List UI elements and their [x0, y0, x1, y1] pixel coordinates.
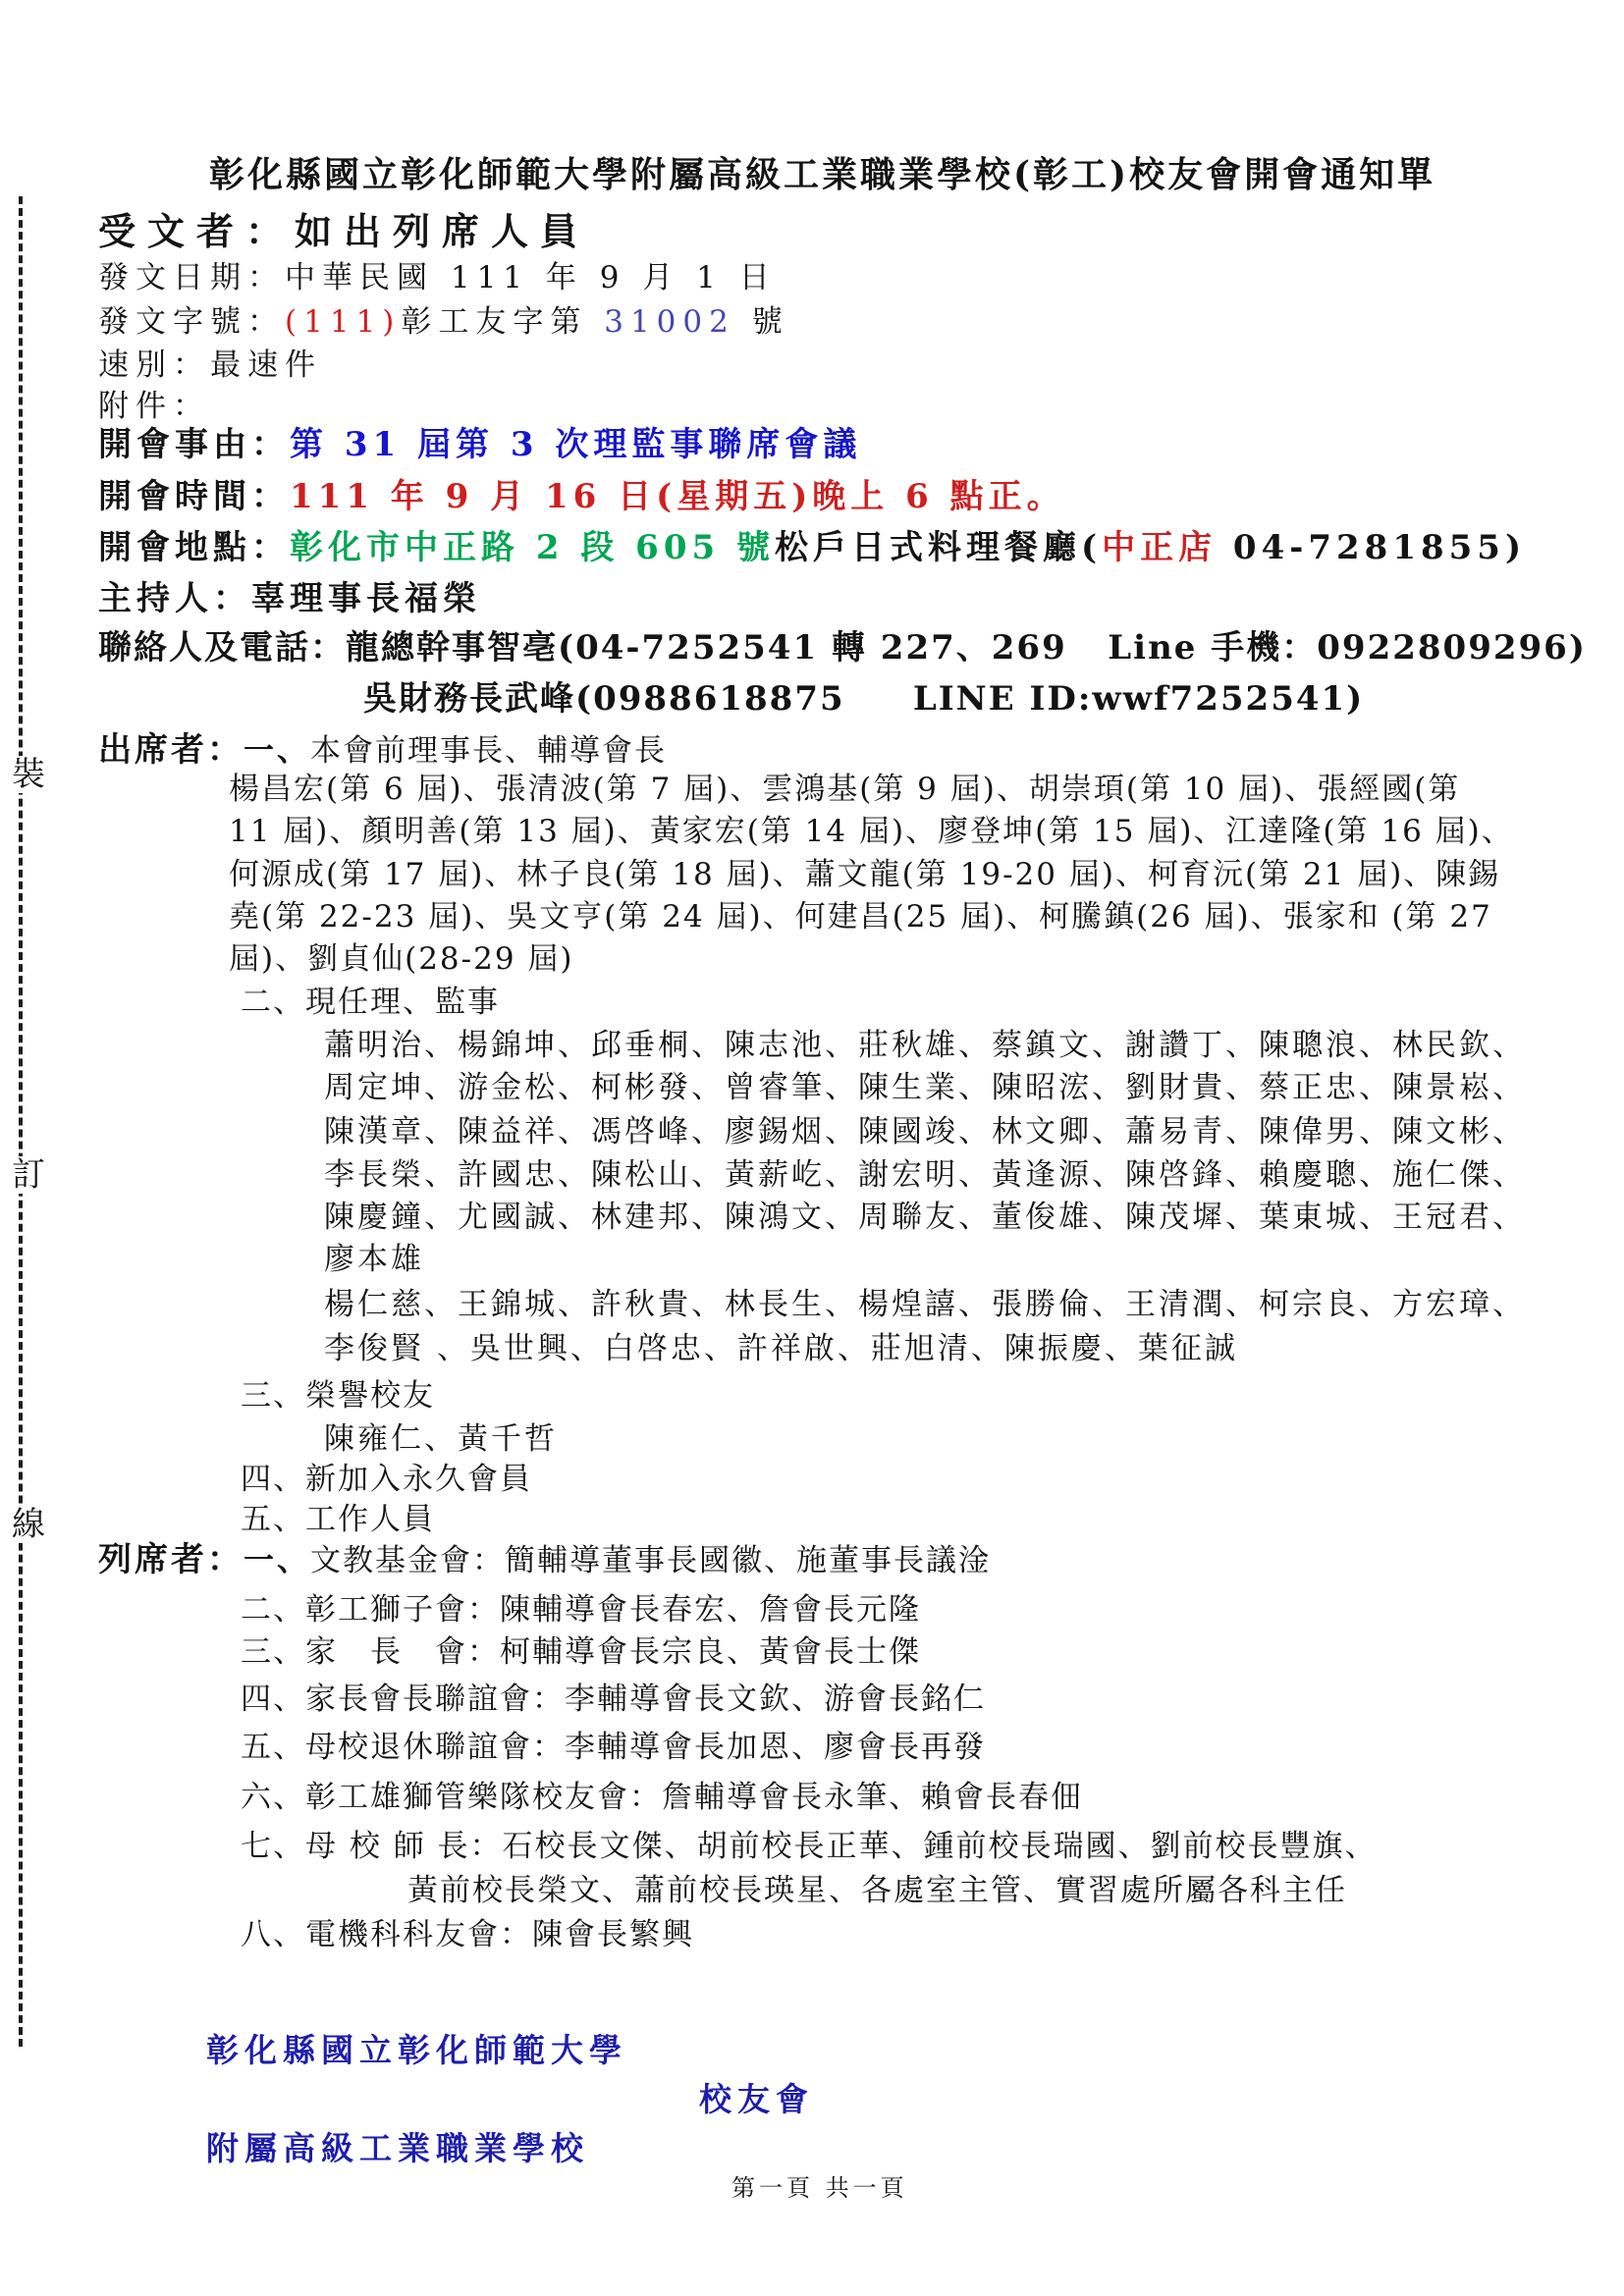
attendee-names-line: 屆)、劉貞仙(28-29 屆)	[229, 942, 574, 978]
recipient-value: 如出列席人員	[295, 209, 589, 253]
issue-date-line: 發文日期：中華民國 111 年 9 月 1 日	[98, 261, 777, 296]
meeting-place-branch: 中正店	[1102, 528, 1217, 567]
recipient-label: 受文者：	[98, 209, 295, 253]
attachment-line: 附件：	[98, 390, 210, 425]
page-number: 第一頁 共一頁	[731, 2175, 908, 2203]
speed-value: 最速件	[210, 347, 322, 383]
attachment-label: 附件：	[98, 389, 210, 424]
meeting-time-label: 開會時間：	[98, 477, 290, 516]
observers-item7-continuation: 黃前校長榮文、蕭前校長瑛星、各處室主管、實習處所屬各科主任	[407, 1874, 1347, 1909]
meeting-time-line: 開會時間：111 年 9 月 16 日(星期五)晚上 6 點正。	[98, 478, 1065, 516]
issue-number-suffix: 號	[735, 304, 789, 340]
observers-item: 四、家長會長聯誼會：李輔導會長文欽、游會長銘仁	[241, 1682, 986, 1718]
attendees-item5-title: 五、工作人員	[241, 1503, 435, 1538]
attendee-names-line: 何源成(第 17 屆)、林子良(第 18 屆)、蕭文龍(第 19-20 屆)、柯…	[229, 858, 1500, 893]
observers-label: 列席者：	[98, 1540, 244, 1579]
attendee-names-line: 堯(第 22-23 屆)、吳文亨(第 24 屆)、何建昌(25 屆)、柯騰鎮(2…	[229, 900, 1492, 935]
issue-date-value: 中華民國 111 年 9 月 1 日	[285, 260, 777, 295]
issue-number-label: 發文字號：	[98, 304, 285, 340]
attendees-item2-title: 二、現任理、監事	[241, 986, 500, 1021]
attendees-item1-title: 本會前理事長、輔導會長	[310, 733, 667, 769]
attendees-item4-title: 四、新加入永久會員	[241, 1463, 532, 1498]
meeting-place-phone: 04-7281855)	[1217, 528, 1526, 567]
attendee-names-line: 陳漢章、陳益祥、馮啓峰、廖錫烟、陳國竣、林文卿、蕭易青、陳偉男、陳文彬、	[324, 1115, 1526, 1150]
binding-char-xian: 線	[12, 1506, 45, 1543]
host-label: 主持人：	[98, 579, 251, 618]
subject-label: 開會事由：	[98, 425, 290, 464]
observers-item1-number: 一、	[244, 1543, 310, 1578]
contact-line-1: 聯絡人及電話：龍總幹事智亳(04-7252541 轉 227、269 Line …	[98, 629, 1587, 667]
attendee-names-line: 李俊賢 、吳世興、白啓忠、許祥啟、莊旭清、陳振慶、葉征誠	[324, 1332, 1238, 1367]
document-title: 彰化縣國立彰化師範大學附屬高級工業職業學校(彰工)校友會開會通知單	[209, 155, 1435, 195]
attendees-label: 出席者：	[98, 730, 244, 770]
issue-number-mid: 彰工友字第	[401, 304, 604, 340]
attendee-names-line: 陳雍仁、黃千哲	[324, 1422, 558, 1458]
observers-item: 二、彰工獅子會：陳輔導會長春宏、詹會長元隆	[241, 1593, 921, 1629]
observers-header: 列席者：一、文教基金會：簡輔導董事長國徽、施董事長議淦	[98, 1541, 991, 1579]
subject-line: 開會事由：第 31 屆第 3 次理監事聯席會議	[98, 426, 861, 464]
attendee-names-line: 楊仁慈、王錦城、許秋貴、林長生、楊煌譆、張勝倫、王清潤、柯宗良、方宏璋、	[324, 1288, 1526, 1323]
attendees-item3-title: 三、榮譽校友	[241, 1379, 435, 1415]
footer-org-line-3: 附屬高級工業職業學校	[206, 2130, 589, 2167]
observers-item: 五、母校退休聯誼會：李輔導會長加恩、廖會長再發	[241, 1731, 986, 1766]
footer-org-line-1: 彰化縣國立彰化師範大學	[206, 2032, 627, 2069]
footer-org-line-2: 校友會	[699, 2081, 814, 2118]
attendee-names-line: 楊昌宏(第 6 屆)、張清波(第 7 屆)、雲鴻基(第 9 屆)、胡崇頊(第 1…	[229, 773, 1460, 808]
attendees-item1-number: 一、	[244, 733, 310, 769]
speed-label: 速別：	[98, 347, 210, 383]
host-value: 辜理事長福榮	[251, 579, 481, 618]
contact-person-1: 龍總幹事智亳(04-7252541 轉 227、269 Line 手機：0922…	[346, 628, 1587, 667]
meeting-place-address: 彰化市中正路 2 段 605 號	[290, 528, 775, 567]
subject-value: 第 31 屆第 3 次理監事聯席會議	[290, 425, 861, 464]
attendee-names-line: 蕭明治、楊錦坤、邱垂桐、陳志池、莊秋雄、蔡鎮文、謝讚丁、陳聰浪、林民欽、	[324, 1029, 1526, 1064]
binding-char-zhuang: 裝	[12, 756, 45, 793]
recipient-line: 受文者：如出列席人員	[98, 210, 589, 253]
binding-char-ding: 訂	[12, 1156, 45, 1194]
host-line: 主持人：辜理事長福榮	[98, 580, 481, 618]
contact-person-2: 吳財務長武峰(0988618875 LINE ID:wwf7252541)	[363, 679, 1364, 719]
observers-item: 六、彰工雄獅管樂隊校友會：詹輔導會長永筆、賴會長春佃	[241, 1781, 1083, 1816]
observers-item8: 八、電機科科友會：陳會長繁興	[241, 1918, 694, 1953]
attendee-names-line: 廖本雄	[324, 1243, 424, 1278]
meeting-place-label: 開會地點：	[98, 528, 290, 567]
contact-line-2: 吳財務長武峰(0988618875 LINE ID:wwf7252541)	[363, 680, 1364, 719]
attendee-names-line: 陳慶鐘、尤國誠、林建邦、陳鴻文、周聯友、董俊雄、陳茂墀、葉東城、王冠君、	[324, 1201, 1526, 1236]
observers-item: 七、母 校 師 長：石校長文傑、胡前校長正華、鍾前校長瑞國、劉前校長豐旗、	[241, 1830, 1378, 1865]
attendee-names-line: 周定坤、游金松、柯彬發、曾睿筆、陳生業、陳昭浤、劉財貴、蔡正忠、陳景崧、	[324, 1071, 1526, 1106]
meeting-place-venue: 松戶日式料理餐廳(	[775, 528, 1102, 567]
observers-item: 三、家 長 會：柯輔導會長宗良、黃會長士傑	[241, 1635, 921, 1671]
binding-dashed-line	[19, 196, 23, 2047]
meeting-notice-document: 裝 訂 線 彰化縣國立彰化師範大學附屬高級工業職業學校(彰工)校友會開會通知單 …	[0, 0, 1624, 2296]
issue-date-label: 發文日期：	[98, 260, 285, 295]
speed-line: 速別：最速件	[98, 348, 322, 384]
issue-number-value: 31002	[604, 304, 735, 340]
issue-number-line: 發文字號：(111)彰工友字第 31002 號	[98, 305, 789, 341]
attendee-names-line: 11 屆)、顏明善(第 13 屆)、黃家宏(第 14 屆)、廖登坤(第 15 屆…	[229, 815, 1514, 850]
observers-item1-text: 文教基金會：簡輔導董事長國徽、施董事長議淦	[310, 1543, 991, 1578]
attendees-header: 出席者：一、本會前理事長、輔導會長	[98, 731, 667, 770]
contact-label: 聯絡人及電話：	[98, 628, 346, 667]
attendee-names-line: 李長榮、許國忠、陳松山、黃薪屹、謝宏明、黃逢源、陳啓鋒、賴慶聰、施仁傑、	[324, 1158, 1526, 1194]
meeting-place-line: 開會地點：彰化市中正路 2 段 605 號松戶日式料理餐廳(中正店 04-728…	[98, 529, 1526, 567]
issue-number-year: (111)	[285, 304, 401, 340]
meeting-time-value: 111 年 9 月 16 日(星期五)晚上 6 點正。	[290, 477, 1065, 516]
